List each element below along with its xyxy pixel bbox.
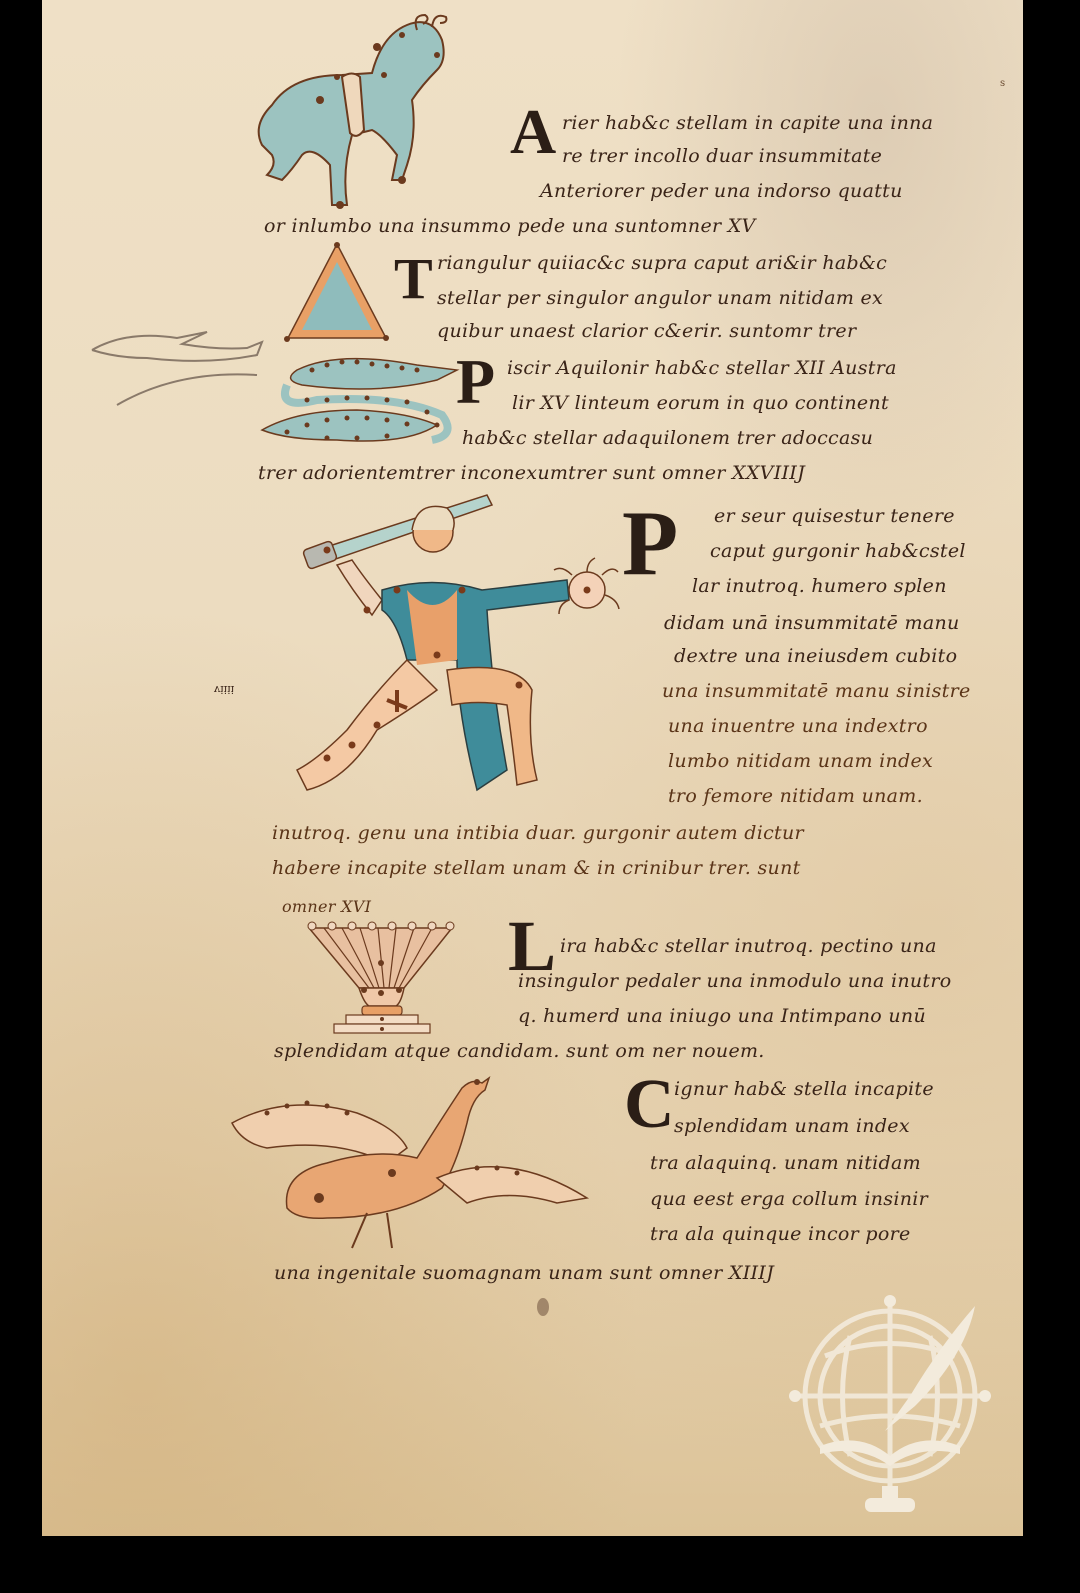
lyra-line-2: insingulor pedaler una inmodulo una inut… — [518, 970, 951, 992]
perseus-line-4: didam unā insummitatē manu — [664, 612, 960, 634]
cygnus-line-5: tra ala quinque incor pore — [650, 1223, 911, 1245]
triangulum-line-2: stellar per singulor angulor unam nitida… — [437, 287, 883, 309]
initial-c: C — [624, 1070, 675, 1140]
cygnus-line-4: qua eest erga collum insinir — [650, 1188, 928, 1210]
cygnus-line-6: una ingenitale suomagnam unam sunt omner… — [274, 1262, 774, 1284]
cygnus-swan-illustration — [227, 1068, 617, 1253]
initial-a: A — [510, 100, 556, 164]
pisces-line-3: hab&c stellar adaquilonem trer adoccasu — [462, 427, 873, 449]
aries-line-4: or inlumbo una insummo pede una suntomne… — [264, 215, 756, 237]
cygnus-line-1: ignur hab& stella incapite — [674, 1078, 934, 1100]
globe-quill-book-logo-icon — [790, 1296, 990, 1516]
margin-note: viiii — [214, 683, 234, 696]
initial-p-perseus: P — [622, 497, 678, 589]
initial-t: T — [394, 250, 433, 308]
perseus-line-5: dextre una ineiusdem cubito — [674, 645, 957, 667]
triangulum-line-1: riangulur quiiac&c supra caput ari&ir ha… — [437, 252, 887, 274]
triangulum-line-3: quibur unaest clarior c&erir. suntomr tr… — [437, 320, 856, 342]
perseus-line-2: caput gurgonir hab&cstel — [710, 540, 966, 562]
aries-line-1: rier hab&c stellam in capite una inna — [562, 112, 933, 134]
perseus-line-7: una inuentre una indextro — [668, 715, 928, 737]
pisces-line-2: lir XV linteum eorum in quo continent — [512, 392, 889, 414]
cygnus-line-3: tra alaquinq. unam nitidam — [650, 1152, 921, 1174]
perseus-line-3: lar inutroq. humero splen — [692, 575, 947, 597]
perseus-line-12: omner XVI — [282, 897, 371, 916]
lyra-line-1: ira hab&c stellar inutroq. pectino una — [560, 935, 937, 957]
initial-p-pisces: P — [456, 350, 495, 414]
perseus-line-6: una insummitatē manu sinistre — [662, 680, 971, 702]
perseus-line-1: er seur quisestur tenere — [714, 505, 955, 527]
triangulum-illustration — [282, 240, 392, 345]
perseus-line-8: lumbo nitidam unam index — [668, 750, 933, 772]
pisces-line-4: trer adorientemtrer inconexumtrer sunt o… — [258, 462, 805, 484]
corner-mark: s — [1000, 78, 1005, 89]
aries-line-3: Anteriorer peder una indorso quattu — [540, 180, 903, 202]
perseus-illustration — [257, 490, 622, 810]
lyra-line-3: q. humerd una iniugo una Intimpano unū — [518, 1005, 926, 1027]
cygnus-line-2: splendidam unam index — [674, 1115, 910, 1137]
perseus-line-11: habere incapite stellam unam & in crinib… — [272, 857, 801, 879]
perseus-line-10: inutroq. genu una intibia duar. gurgonir… — [272, 822, 804, 844]
lyra-lyre-illustration — [304, 918, 459, 1038]
pisces-fish-illustration — [257, 340, 477, 450]
perseus-line-9: tro femore nitidam unam. — [668, 785, 923, 807]
manuscript-page: s viiii A rier hab&c stellam in capite u… — [42, 0, 1023, 1536]
aries-line-2: re trer incollo duar insummitate — [562, 145, 882, 167]
ink-stain — [537, 1298, 549, 1316]
pisces-line-1: iscir Aquilonir hab&c stellar XII Austra — [507, 357, 897, 379]
aries-ram-illustration — [232, 5, 482, 215]
lyra-line-4: splendidam atque candidam. sunt om ner n… — [274, 1040, 765, 1062]
